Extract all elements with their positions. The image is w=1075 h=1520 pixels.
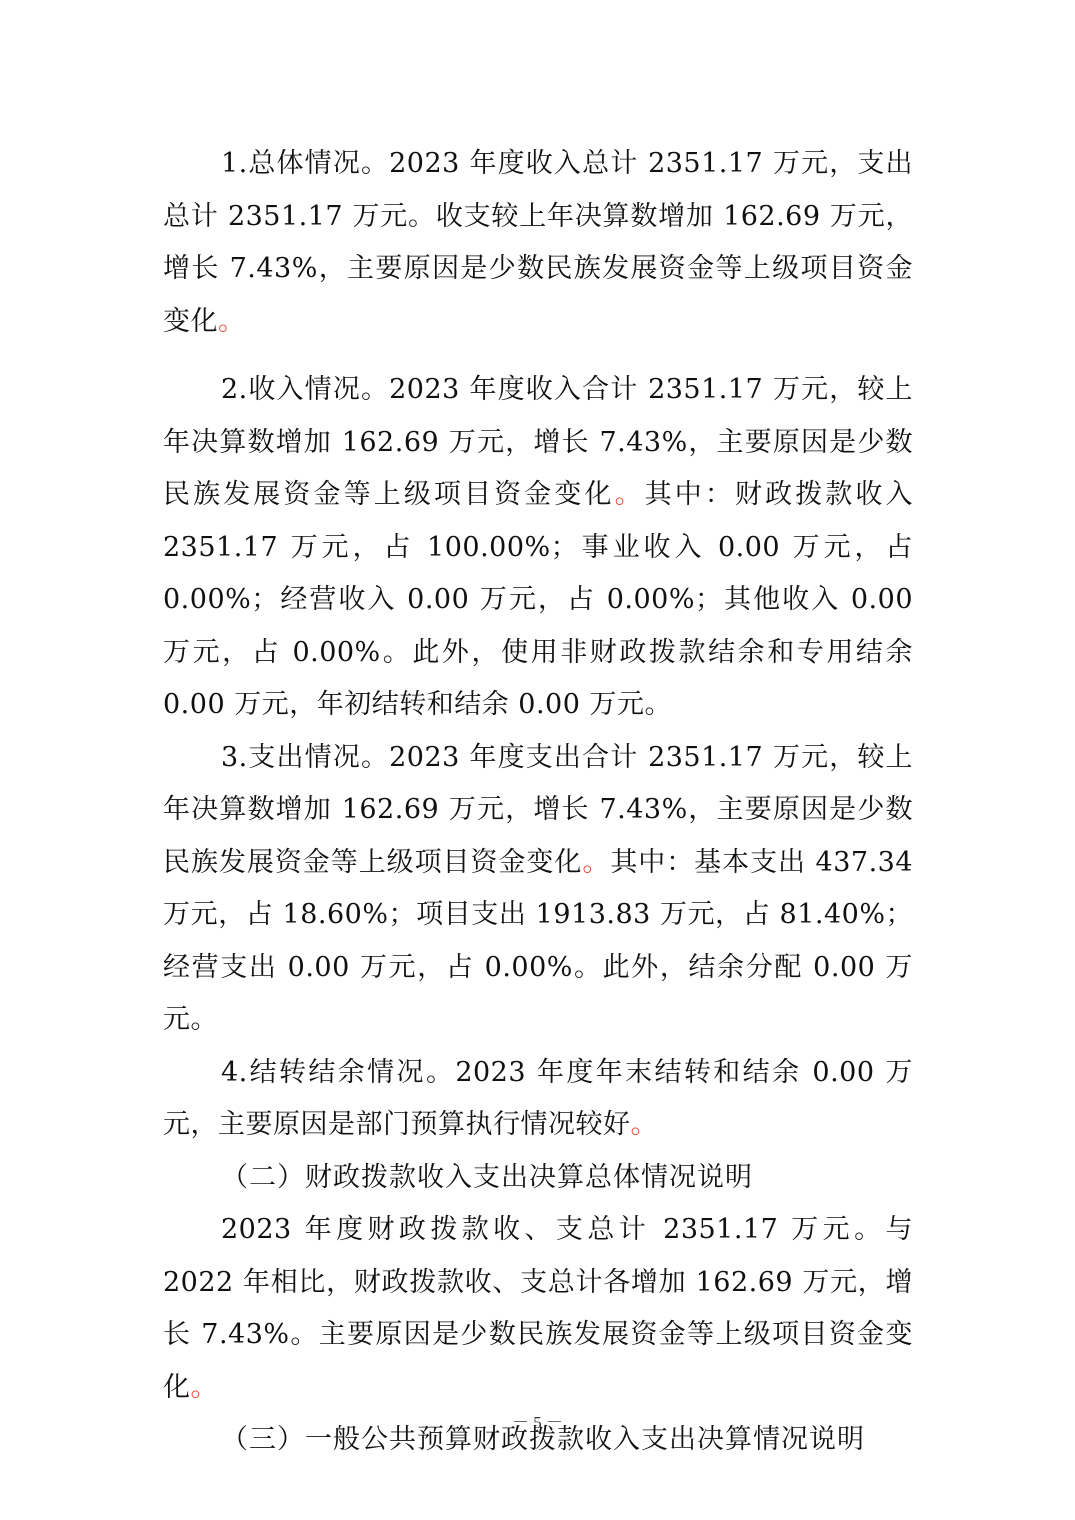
red-period-mark: 。: [191, 1372, 219, 1403]
red-period-mark: 。: [615, 479, 645, 510]
paragraph-text: 其中：财政拨款收入 2351.17 万元，占 100.00%；事业收入 0.00…: [163, 479, 913, 720]
document-page: 1.总体情况。2023 年度收入总计 2351.17 万元，支出总计 2351.…: [163, 138, 913, 1467]
paragraph-text: 2023 年度财政拨款收、支总计 2351.17 万元。与 2022 年相比，财…: [163, 1214, 913, 1403]
red-period-mark: 。: [582, 847, 610, 878]
paragraph-expenditure: 3.支出情况。2023 年度支出合计 2351.17 万元，较上年决算数增加 1…: [163, 732, 913, 1047]
paragraph-carryover: 4.结转结余情况。2023 年度年末结转和结余 0.00 万元，主要原因是部门预…: [163, 1047, 913, 1152]
section-heading-2: （二）财政拨款收入支出决算总体情况说明: [163, 1152, 913, 1205]
paragraph-text: 1.总体情况。2023 年度收入总计 2351.17 万元，支出总计 2351.…: [163, 148, 913, 337]
red-period-mark: 。: [218, 306, 246, 337]
red-period-mark: 。: [631, 1109, 659, 1140]
paragraph-fiscal-appropriation: 2023 年度财政拨款收、支总计 2351.17 万元。与 2022 年相比，财…: [163, 1204, 913, 1414]
page-number: － 5 －: [0, 1408, 1075, 1433]
paragraph-text: 4.结转结余情况。2023 年度年末结转和结余 0.00 万元，主要原因是部门预…: [163, 1057, 913, 1141]
paragraph-overall: 1.总体情况。2023 年度收入总计 2351.17 万元，支出总计 2351.…: [163, 138, 913, 348]
paragraph-income: 2.收入情况。2023 年度收入合计 2351.17 万元，较上年决算数增加 1…: [163, 364, 913, 732]
